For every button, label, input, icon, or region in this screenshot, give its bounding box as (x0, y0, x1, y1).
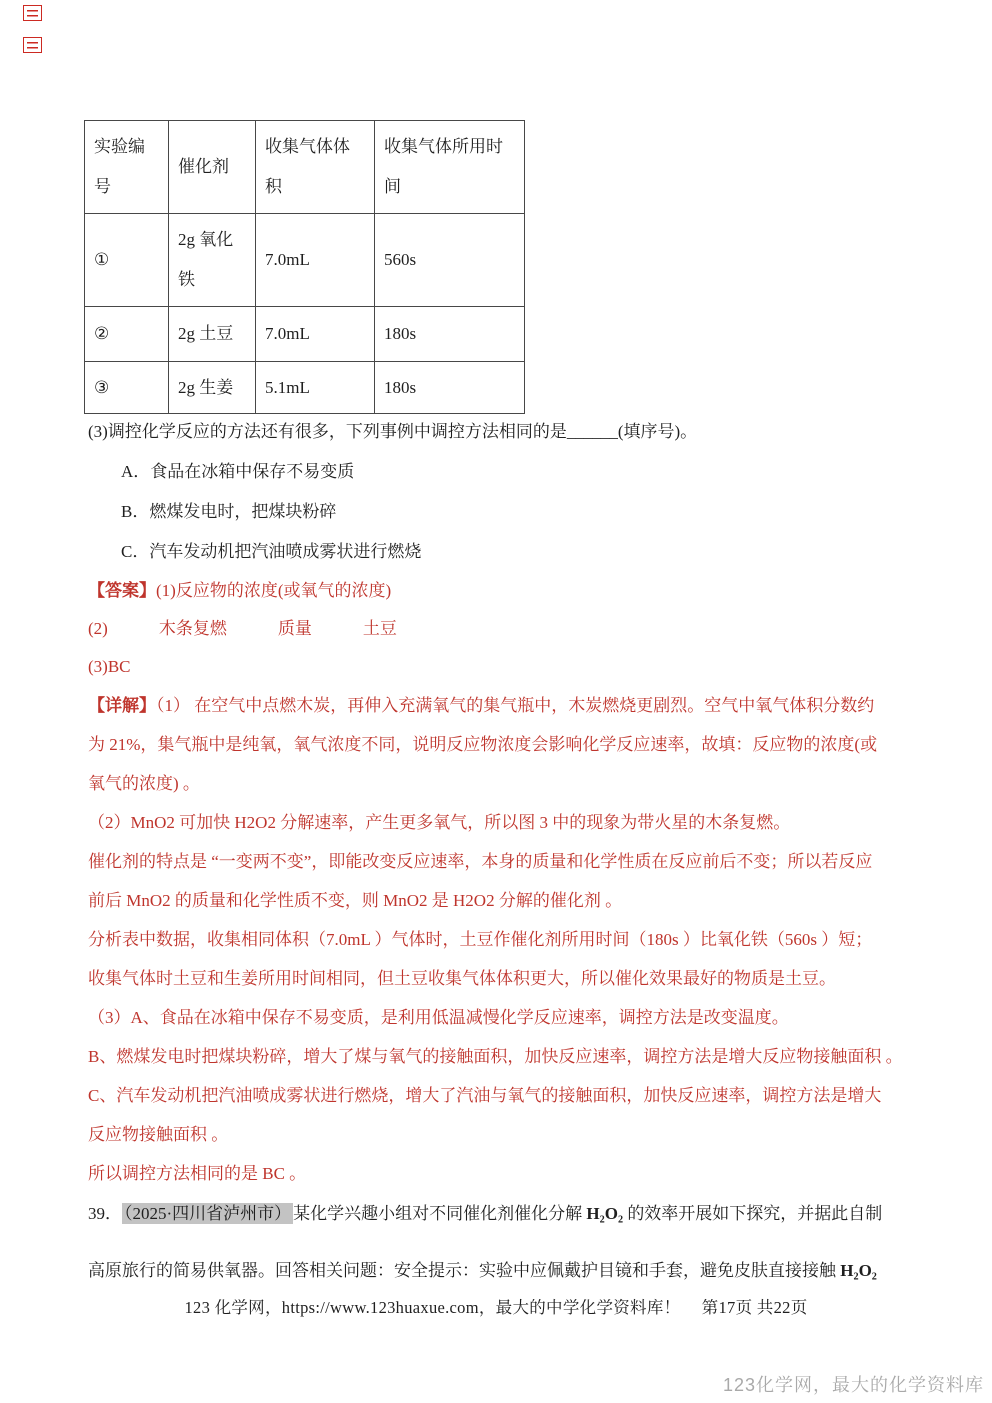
explanation-text: （1） 在空气中点燃木炭，再伸入充满氧气的集气瓶中，木炭燃烧更剧烈。空气中氧气体… (156, 696, 874, 715)
table-row: ② 2g 土豆 7.0mL 180s (85, 307, 525, 362)
explanation-line: 所以调控方法相同的是 BC 。 (88, 1154, 906, 1193)
header-label: 收集气体所用时间 (384, 127, 508, 207)
red-stamp-icon (23, 37, 42, 53)
header-label: 收集气体体积 (265, 127, 357, 207)
header-catalyst: 催化剂 (169, 121, 256, 214)
explanation-line: 氧气的浓度) 。 (88, 764, 906, 803)
explanation-line: （3）A、食品在冰箱中保存不易变质，是利用低温减慢化学反应速率，调控方法是改变温… (88, 998, 906, 1037)
question-39-text: 的效率开展如下探究，并据此自制 (623, 1204, 882, 1223)
cell-volume: 7.0mL (256, 307, 375, 362)
cell-catalyst: 2g 生姜 (169, 362, 256, 414)
explanation-line: 前后 MnO2 的质量和化学性质不变，则 MnO2 是 H2O2 分解的催化剂 … (88, 881, 906, 920)
cell-text: 2g 氧化铁 (178, 220, 240, 300)
cell-catalyst: 2g 土豆 (169, 307, 256, 362)
cell-exp-number: ② (85, 307, 169, 362)
option-c: C．汽车发动机把汽油喷成雾状进行燃烧 (88, 532, 906, 572)
option-a: A．食品在冰箱中保存不易变质 (88, 452, 906, 492)
cell-exp-number: ① (85, 214, 169, 307)
red-stamp-icon (23, 5, 42, 21)
question-39-text: 高原旅行的简易供氧器。回答相关问题：安全提示：实验中应佩戴护目镜和手套，避免皮肤… (88, 1261, 840, 1280)
answer-line-1: 【答案】(1)反应物的浓度(或氧气的浓度) (88, 572, 906, 610)
cell-catalyst: 2g 氧化铁 (169, 214, 256, 307)
question-39-number: 39． (88, 1204, 122, 1223)
question-39-text: 某化学兴趣小组对不同催化剂催化分解 (293, 1204, 586, 1223)
cell-text: 2g 土豆 (178, 314, 240, 354)
site-watermark: 123化学网，最大的化学资料库 (723, 1371, 984, 1397)
answer-text: (1)反应物的浓度(或氧气的浓度) (156, 581, 391, 600)
explanation-line: C、汽车发动机把汽油喷成雾状进行燃烧，增大了汽油与氧气的接触面积，加快反应速率，… (88, 1076, 906, 1115)
document-body: (3)调控化学反应的方法还有很多，下列事例中调控方法相同的是______(填序号… (88, 412, 906, 1307)
question-39-line-1: 39．（2025·四川省泸州市）某化学兴趣小组对不同催化剂催化分解 H₂O₂ 的… (88, 1193, 906, 1250)
experiment-table: 实验编号 催化剂 收集气体体积 收集气体所用时间 ① 2g 氧化铁 7.0mL … (84, 120, 525, 414)
cell-text: 2g 生姜 (178, 368, 240, 408)
table-row: ① 2g 氧化铁 7.0mL 560s (85, 214, 525, 307)
explanation-label: 【详解】 (88, 696, 156, 715)
header-gas-time: 收集气体所用时间 (375, 121, 525, 214)
cell-time: 180s (375, 362, 525, 414)
explanation-line: （2）MnO2 可加快 H2O2 分解速率，产生更多氧气，所以图 3 中的现象为… (88, 803, 906, 842)
explanation-line: 为 21%，集气瓶中是纯氧，氧气浓度不同，说明反应物浓度会影响化学反应速率，故填… (88, 725, 906, 764)
h2o2-formula: H₂O₂ (840, 1261, 877, 1280)
header-experiment-number: 实验编号 (85, 121, 169, 214)
answer-line-3: (3)BC (88, 648, 906, 686)
question-3-stem: (3)调控化学反应的方法还有很多，下列事例中调控方法相同的是______(填序号… (88, 412, 906, 452)
answer-label: 【答案】 (88, 581, 156, 600)
cell-time: 180s (375, 307, 525, 362)
table-header-row: 实验编号 催化剂 收集气体体积 收集气体所用时间 (85, 121, 525, 214)
explanation-line: B、燃煤发电时把煤块粉碎，增大了煤与氧气的接触面积，加快反应速率，调控方法是增大… (88, 1037, 906, 1076)
explanation-line: 分析表中数据，收集相同体积（7.0mL ）气体时，土豆作催化剂所用时间（180s… (88, 920, 906, 959)
table-row: ③ 2g 生姜 5.1mL 180s (85, 362, 525, 414)
explanation-line: 催化剂的特点是 “一变两不变”，即能改变反应速率，本身的质量和化学性质在反应前后… (88, 842, 906, 881)
cell-time: 560s (375, 214, 525, 307)
header-label: 实验编号 (94, 127, 154, 207)
h2o2-formula: H₂O₂ (586, 1204, 623, 1223)
explanation-line: 反应物接触面积 。 (88, 1115, 906, 1154)
header-label: 催化剂 (178, 147, 240, 187)
explanation-line: 【详解】（1） 在空气中点燃木炭，再伸入充满氧气的集气瓶中，木炭燃烧更剧烈。空气… (88, 686, 906, 725)
page-footer: 123 化学网，https://www.123huaxue.com，最大的中学化… (0, 1294, 992, 1318)
cell-volume: 5.1mL (256, 362, 375, 414)
option-b: B．燃煤发电时，把煤块粉碎 (88, 492, 906, 532)
question-39-source-tag: （2025·四川省泸州市） (122, 1203, 293, 1224)
cell-exp-number: ③ (85, 362, 169, 414)
header-gas-volume: 收集气体体积 (256, 121, 375, 214)
answer-line-2: (2) 木条复燃 质量 土豆 (88, 610, 906, 648)
explanation-line: 收集气体时土豆和生姜所用时间相同，但土豆收集气体体积更大，所以催化效果最好的物质… (88, 959, 906, 998)
cell-volume: 7.0mL (256, 214, 375, 307)
